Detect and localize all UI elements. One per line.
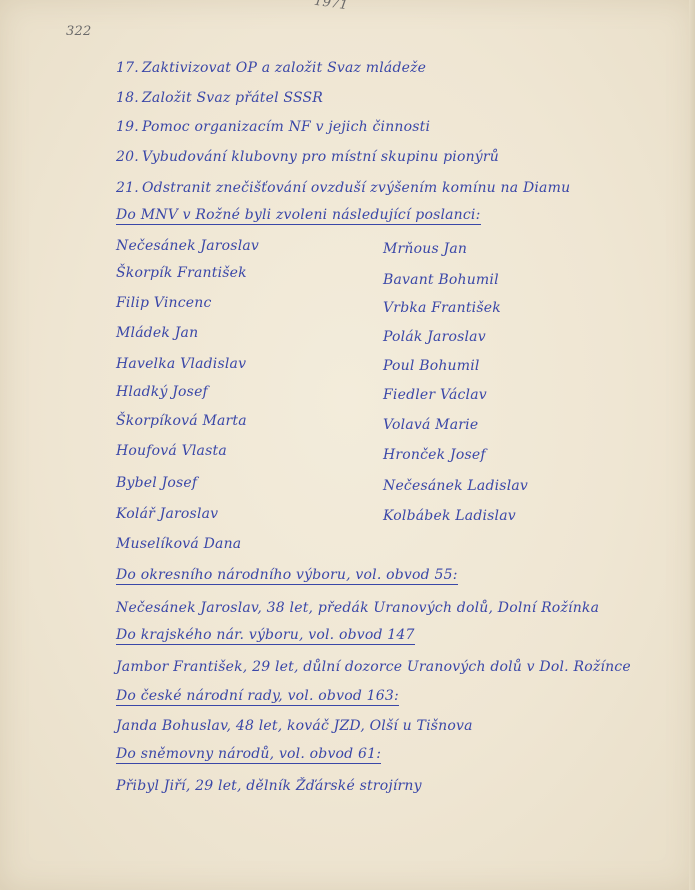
- task-item: 19.Pomoc organizacím NF v jejich činnost…: [116, 119, 430, 135]
- election-heading: Do české národní rady, vol. obvod 163:: [116, 688, 399, 706]
- election-entry: Přibyl Jiří, 29 let, dělník Žďárské stro…: [116, 778, 422, 794]
- deputy-name: Filip Vincenc: [116, 295, 212, 311]
- deputy-name: Hronček Josef: [383, 447, 486, 463]
- task-text: Vybudování klubovny pro místní skupinu p…: [142, 149, 499, 165]
- deputy-name: Bybel Josef: [116, 475, 197, 491]
- task-number: 19.: [116, 119, 142, 135]
- task-item: 20.Vybudování klubovny pro místní skupin…: [116, 149, 499, 165]
- election-entry: Janda Bohuslav, 48 let, kováč JZD, Olší …: [116, 718, 473, 734]
- task-item: 17.Zaktivizovat OP a založit Svaz mládež…: [116, 60, 426, 76]
- deputy-name: Nečesánek Jaroslav: [116, 238, 259, 254]
- task-number: 18.: [116, 90, 142, 106]
- election-heading: Do krajského nár. výboru, vol. obvod 147: [116, 627, 415, 645]
- election-entry: Nečesánek Jaroslav, 38 let, předák Urano…: [116, 600, 599, 616]
- deputy-name: Polák Jaroslav: [383, 329, 486, 345]
- task-text: Založit Svaz přátel SSSR: [142, 90, 323, 106]
- election-heading: Do okresního národního výboru, vol. obvo…: [116, 567, 458, 585]
- deputy-name: Hladký Josef: [116, 384, 208, 400]
- election-entry: Jambor František, 29 let, důlní dozorce …: [116, 659, 631, 675]
- deputy-name: Škorpík František: [116, 265, 247, 281]
- deputy-name: Bavant Bohumil: [383, 272, 499, 288]
- deputy-name: Mrňous Jan: [383, 241, 467, 257]
- year-label: 1971: [313, 0, 349, 13]
- task-text: Zaktivizovat OP a založit Svaz mládeže: [142, 60, 426, 76]
- task-number: 17.: [116, 60, 142, 76]
- task-number: 20.: [116, 149, 142, 165]
- task-item: 18.Založit Svaz přátel SSSR: [116, 90, 323, 106]
- task-text: Odstranit znečišťování ovzduší zvýšením …: [142, 180, 570, 196]
- mnv-heading: Do MNV v Rožné byli zvoleni následující …: [116, 207, 481, 225]
- deputy-name: Muselíková Dana: [116, 536, 241, 552]
- deputy-name: Volavá Marie: [383, 417, 478, 433]
- task-text: Pomoc organizacím NF v jejich činnosti: [142, 119, 430, 135]
- deputy-name: Houfová Vlasta: [116, 443, 227, 459]
- deputy-name: Mládek Jan: [116, 325, 198, 341]
- deputy-name: Havelka Vladislav: [116, 356, 246, 372]
- deputy-name: Vrbka František: [383, 300, 501, 316]
- election-heading: Do sněmovny národů, vol. obvod 61:: [116, 746, 381, 764]
- task-item: 21.Odstranit znečišťování ovzduší zvýšen…: [116, 180, 570, 196]
- deputy-name: Nečesánek Ladislav: [383, 478, 528, 494]
- deputy-name: Poul Bohumil: [383, 358, 480, 374]
- page-edge: [689, 0, 695, 890]
- task-number: 21.: [116, 180, 142, 196]
- deputy-name: Fiedler Václav: [383, 387, 487, 403]
- deputy-name: Kolbábek Ladislav: [383, 508, 516, 524]
- deputy-name: Škorpíková Marta: [116, 413, 247, 429]
- page-number: 322: [66, 24, 91, 39]
- deputy-name: Kolář Jaroslav: [116, 506, 218, 522]
- chronicle-page: 1971 322 17.Zaktivizovat OP a založit Sv…: [0, 0, 695, 890]
